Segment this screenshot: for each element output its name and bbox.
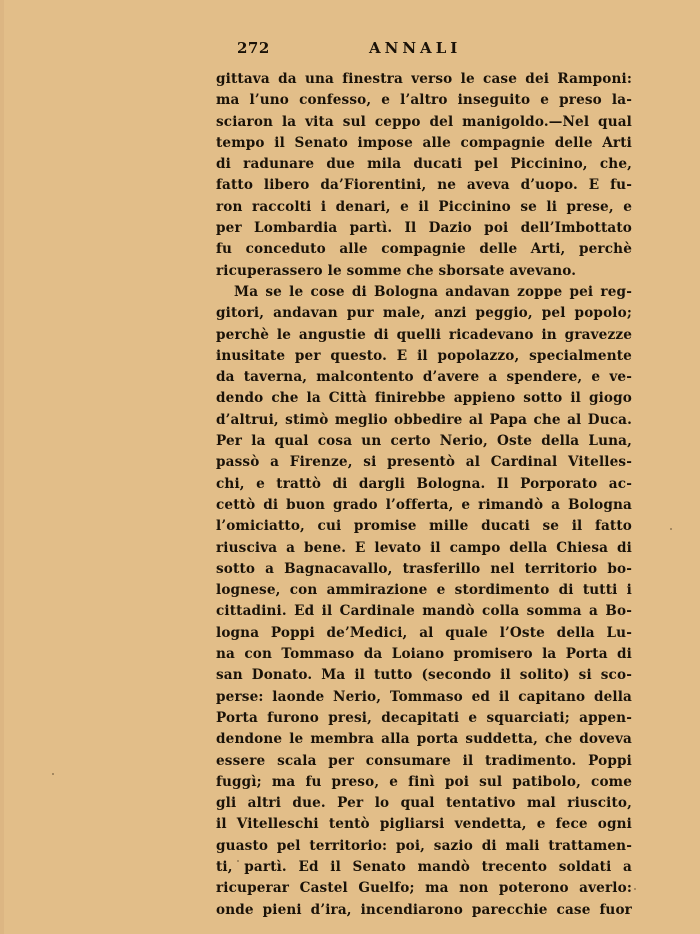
text-line: tempo il Senato impose alle compagnie de…	[216, 133, 632, 154]
text-line: da taverna, malcontento d’avere a spende…	[216, 367, 632, 388]
text-line: chi, e trattò di dargli Bologna. Il Porp…	[216, 474, 632, 495]
book-page: 272 ANNALI gittava da una finestra verso…	[0, 0, 700, 934]
text-line: sotto a Bagnacavallo, trasferillo nel te…	[216, 559, 632, 580]
text-line: na con Tommaso da Loiano promisero la Po…	[216, 644, 632, 665]
page-header: 272 ANNALI	[237, 39, 637, 61]
body-text: gittava da una finestra verso le case de…	[216, 69, 632, 921]
text-line: per Lombardia partì. Il Dazio poi dell’I…	[216, 218, 632, 239]
paper-speck	[52, 773, 54, 775]
paper-speck	[634, 888, 636, 890]
text-line: fuggì; ma fu preso, e finì poi sul patib…	[216, 772, 632, 793]
text-line: d’altrui, stimò meglio obbedire al Papa …	[216, 410, 632, 431]
text-line: sciaron la vita sul ceppo del manigoldo.…	[216, 112, 632, 133]
text-line: inusitate per questo. E il popolazzo, sp…	[216, 346, 632, 367]
text-line: logna Poppi de’Medici, al quale l’Oste d…	[216, 623, 632, 644]
text-line: di radunare due mila ducati pel Piccinin…	[216, 154, 632, 175]
running-head: ANNALI	[369, 39, 461, 57]
paper-speck	[237, 860, 239, 862]
text-line: gitori, andavan pur male, anzi peggio, p…	[216, 303, 632, 324]
text-line: ron raccolti i denari, e il Piccinino se…	[216, 197, 632, 218]
text-line: lognese, con ammirazione e stordimento d…	[216, 580, 632, 601]
text-line: gittava da una finestra verso le case de…	[216, 69, 632, 90]
page-number: 272	[237, 39, 270, 57]
text-line: ricuperassero le somme che sborsate avev…	[216, 261, 632, 282]
text-line: Per la qual cosa un certo Nerio, Oste de…	[216, 431, 632, 452]
text-line: riusciva a bene. E levato il campo della…	[216, 538, 632, 559]
text-line: san Donato. Ma il tutto (secondo il soli…	[216, 665, 632, 686]
text-line: cittadini. Ed il Cardinale mandò colla s…	[216, 601, 632, 622]
text-line: Porta furono presi, decapitati e squarci…	[216, 708, 632, 729]
text-line: passò a Firenze, si presentò al Cardinal…	[216, 452, 632, 473]
text-line: ma l’uno confesso, e l’altro inseguito e…	[216, 90, 632, 111]
text-line: guasto pel territorio: poi, sazio di mal…	[216, 836, 632, 857]
text-line: ricuperar Castel Guelfo; ma non poterono…	[216, 878, 632, 899]
paragraph-start-line: Ma se le cose di Bologna andavan zoppe p…	[216, 282, 632, 303]
text-line: gli altri due. Per lo qual tentativo mal…	[216, 793, 632, 814]
text-line: essere scala per consumare il tradimento…	[216, 751, 632, 772]
text-line: dendo che la Città finirebbe appieno sot…	[216, 388, 632, 409]
text-line: perchè le angustie di quelli ricadevano …	[216, 325, 632, 346]
text-line: l’omiciatto, cui promise mille ducati se…	[216, 516, 632, 537]
page-edge	[0, 0, 4, 934]
text-line: onde pieni d’ira, incendiarono parecchie…	[216, 900, 632, 921]
text-line: cettò di buon grado l’offerta, e rimandò…	[216, 495, 632, 516]
text-line: ti, partì. Ed il Senato mandò trecento s…	[216, 857, 632, 878]
text-line: fu conceduto alle compagnie delle Arti, …	[216, 239, 632, 260]
text-line: il Vitelleschi tentò pigliarsi vendetta,…	[216, 814, 632, 835]
text-line: dendone le membra alla porta suddetta, c…	[216, 729, 632, 750]
text-line: perse: laonde Nerio, Tommaso ed il capit…	[216, 687, 632, 708]
text-line: fatto libero da’Fiorentini, ne aveva d’u…	[216, 175, 632, 196]
paper-speck	[670, 528, 672, 530]
